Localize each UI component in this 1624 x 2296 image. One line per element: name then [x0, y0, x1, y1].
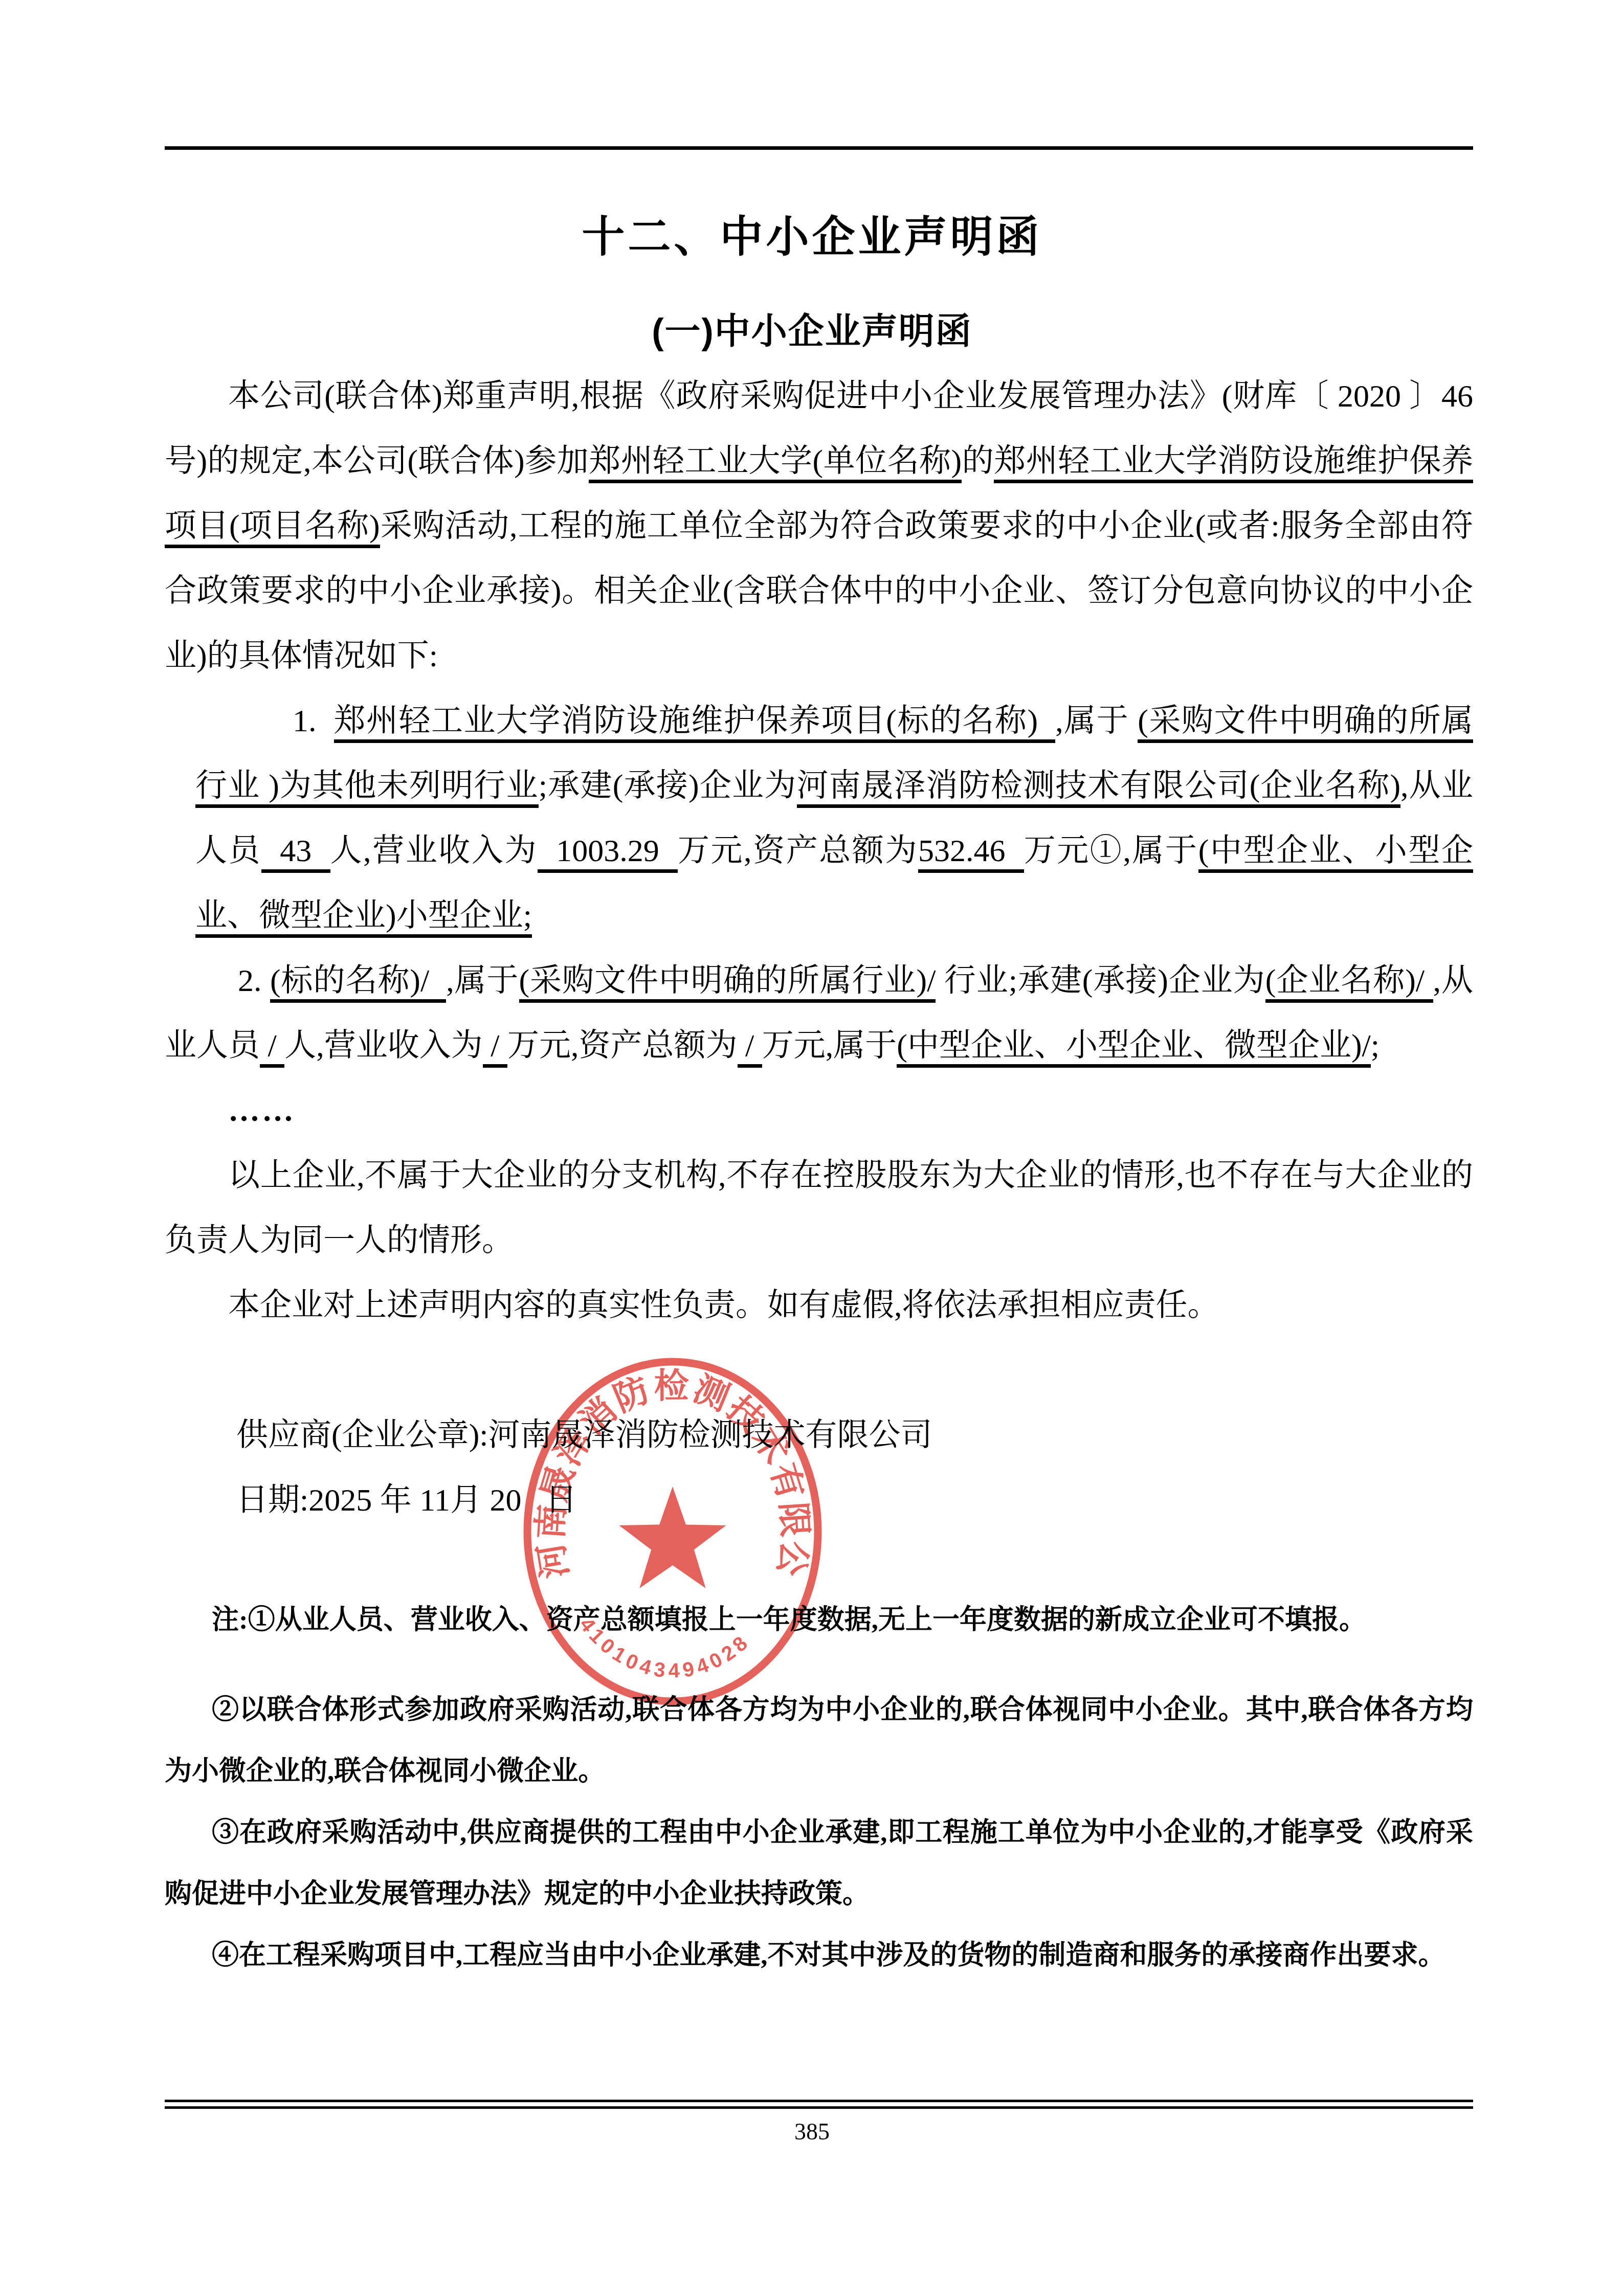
note-4: ④在工程采购项目中,工程应当由中小企业承建,不对其中涉及的货物的制造商和服务的承… [165, 1925, 1473, 1986]
paragraph-declaration: 本公司(联合体)郑重声明,根据《政府采购促进中小企业发展管理办法》(财库〔 20… [165, 364, 1473, 689]
list-item-1: 1. 郑州轻工业大学消防设施维护保养项目(标的名称) ,属于 (采购文件中明确的… [195, 689, 1473, 949]
text-run: 的 [962, 444, 994, 479]
filled-blank: (企业名称)/ [1265, 963, 1433, 1003]
page-subtitle: (一)中小企业声明函 [0, 303, 1624, 354]
text-run: …… [228, 1093, 296, 1128]
filled-blank: / [738, 1028, 762, 1068]
filled-blank: (标的名称)/ [270, 963, 446, 1003]
text-run: 1. [293, 704, 334, 738]
filled-blank: 532.46 [918, 834, 1024, 873]
text-run: 2. [238, 963, 270, 998]
text-run: 万元①,属于 [1024, 834, 1198, 868]
filled-blank: 郑州轻工业大学消防设施维护保养项目(标的名称) [334, 704, 1056, 743]
footer-rule-top [165, 2100, 1473, 2102]
stamp-star-icon [619, 1487, 726, 1588]
paragraph-no-large-enterprise: 以上企业,不属于大企业的分支机构,不存在控股股东为大企业的情形,也不存在与大企业… [165, 1143, 1473, 1273]
text-run: 万元,资产总额为 [678, 834, 918, 868]
page-number: 385 [0, 2118, 1624, 2145]
filled-blank: / [483, 1028, 507, 1068]
text-run: 行业;承建(承接)企业为 [936, 963, 1265, 998]
document-page: 十二、中小企业声明函 (一)中小企业声明函 本公司(联合体)郑重声明,根据《政府… [0, 0, 1624, 2296]
filled-blank: 43 [261, 834, 330, 873]
text-run: ③在政府采购活动中,供应商提供的工程由中小企业承建,即工程施工单位为中小企业的,… [165, 1818, 1473, 1909]
text-run: 人,营业收入为 [284, 1028, 483, 1063]
text-run: 注 [212, 1605, 239, 1635]
filled-blank: (中型企业、小型企业、微型企业)/ [897, 1028, 1371, 1068]
filled-blank: 郑州轻工业大学(单位名称) [589, 444, 962, 483]
filled-blank: / [260, 1028, 284, 1068]
text-run: ; [1371, 1028, 1380, 1063]
note-3: ③在政府采购活动中,供应商提供的工程由中小企业承建,即工程施工单位为中小企业的,… [165, 1802, 1473, 1925]
list-item-2: 2. (标的名称)/ ,属于(采购文件中明确的所属行业)/ 行业;承建(承接)企… [165, 949, 1473, 1078]
page-title: 十二、中小企业声明函 [0, 202, 1624, 264]
ellipsis-line: …… [165, 1078, 1473, 1143]
header-rule [165, 146, 1473, 150]
text-run: ④在工程采购项目中,工程应当由中小企业承建,不对其中涉及的货物的制造商和服务的承… [212, 1941, 1445, 1970]
paragraph-responsibility: 本企业对上述声明内容的真实性负责。如有虚假,将依法承担相应责任。 [165, 1273, 1473, 1338]
text-run: ,属于 [1055, 704, 1138, 738]
text-run: 万元,资产总额为 [507, 1028, 738, 1063]
footer-rule-bottom [165, 2106, 1473, 2109]
text-run: 于 [865, 1028, 897, 1063]
company-seal-stamp: 河南晟泽消防检测技术有限公司 4101043494028 [519, 1353, 826, 1710]
text-run: 本企业对上述声明内容的真实性负责。如有虚假,将依法承担相应责任。 [228, 1288, 1219, 1323]
text-run: ;承建(承接)企业为 [539, 769, 797, 803]
text-run: 万元,属 [762, 1028, 865, 1063]
filled-blank: 河南晟泽消防检测技术有限公司(企业名称) [797, 769, 1401, 808]
stamp-serial-arc-text: 4101043494028 [575, 1613, 755, 1682]
text-run: 人,营业收入为 [330, 834, 538, 868]
text-run: ,属于 [446, 963, 519, 998]
filled-blank: (采购文件中明确的所属行业)/ [519, 963, 936, 1003]
text-run: 以上企业,不属于大企业的分支机构,不存在控股股东为大企业的情形,也不存在与大企业… [165, 1158, 1473, 1258]
filled-blank: 1003.29 [538, 834, 678, 873]
